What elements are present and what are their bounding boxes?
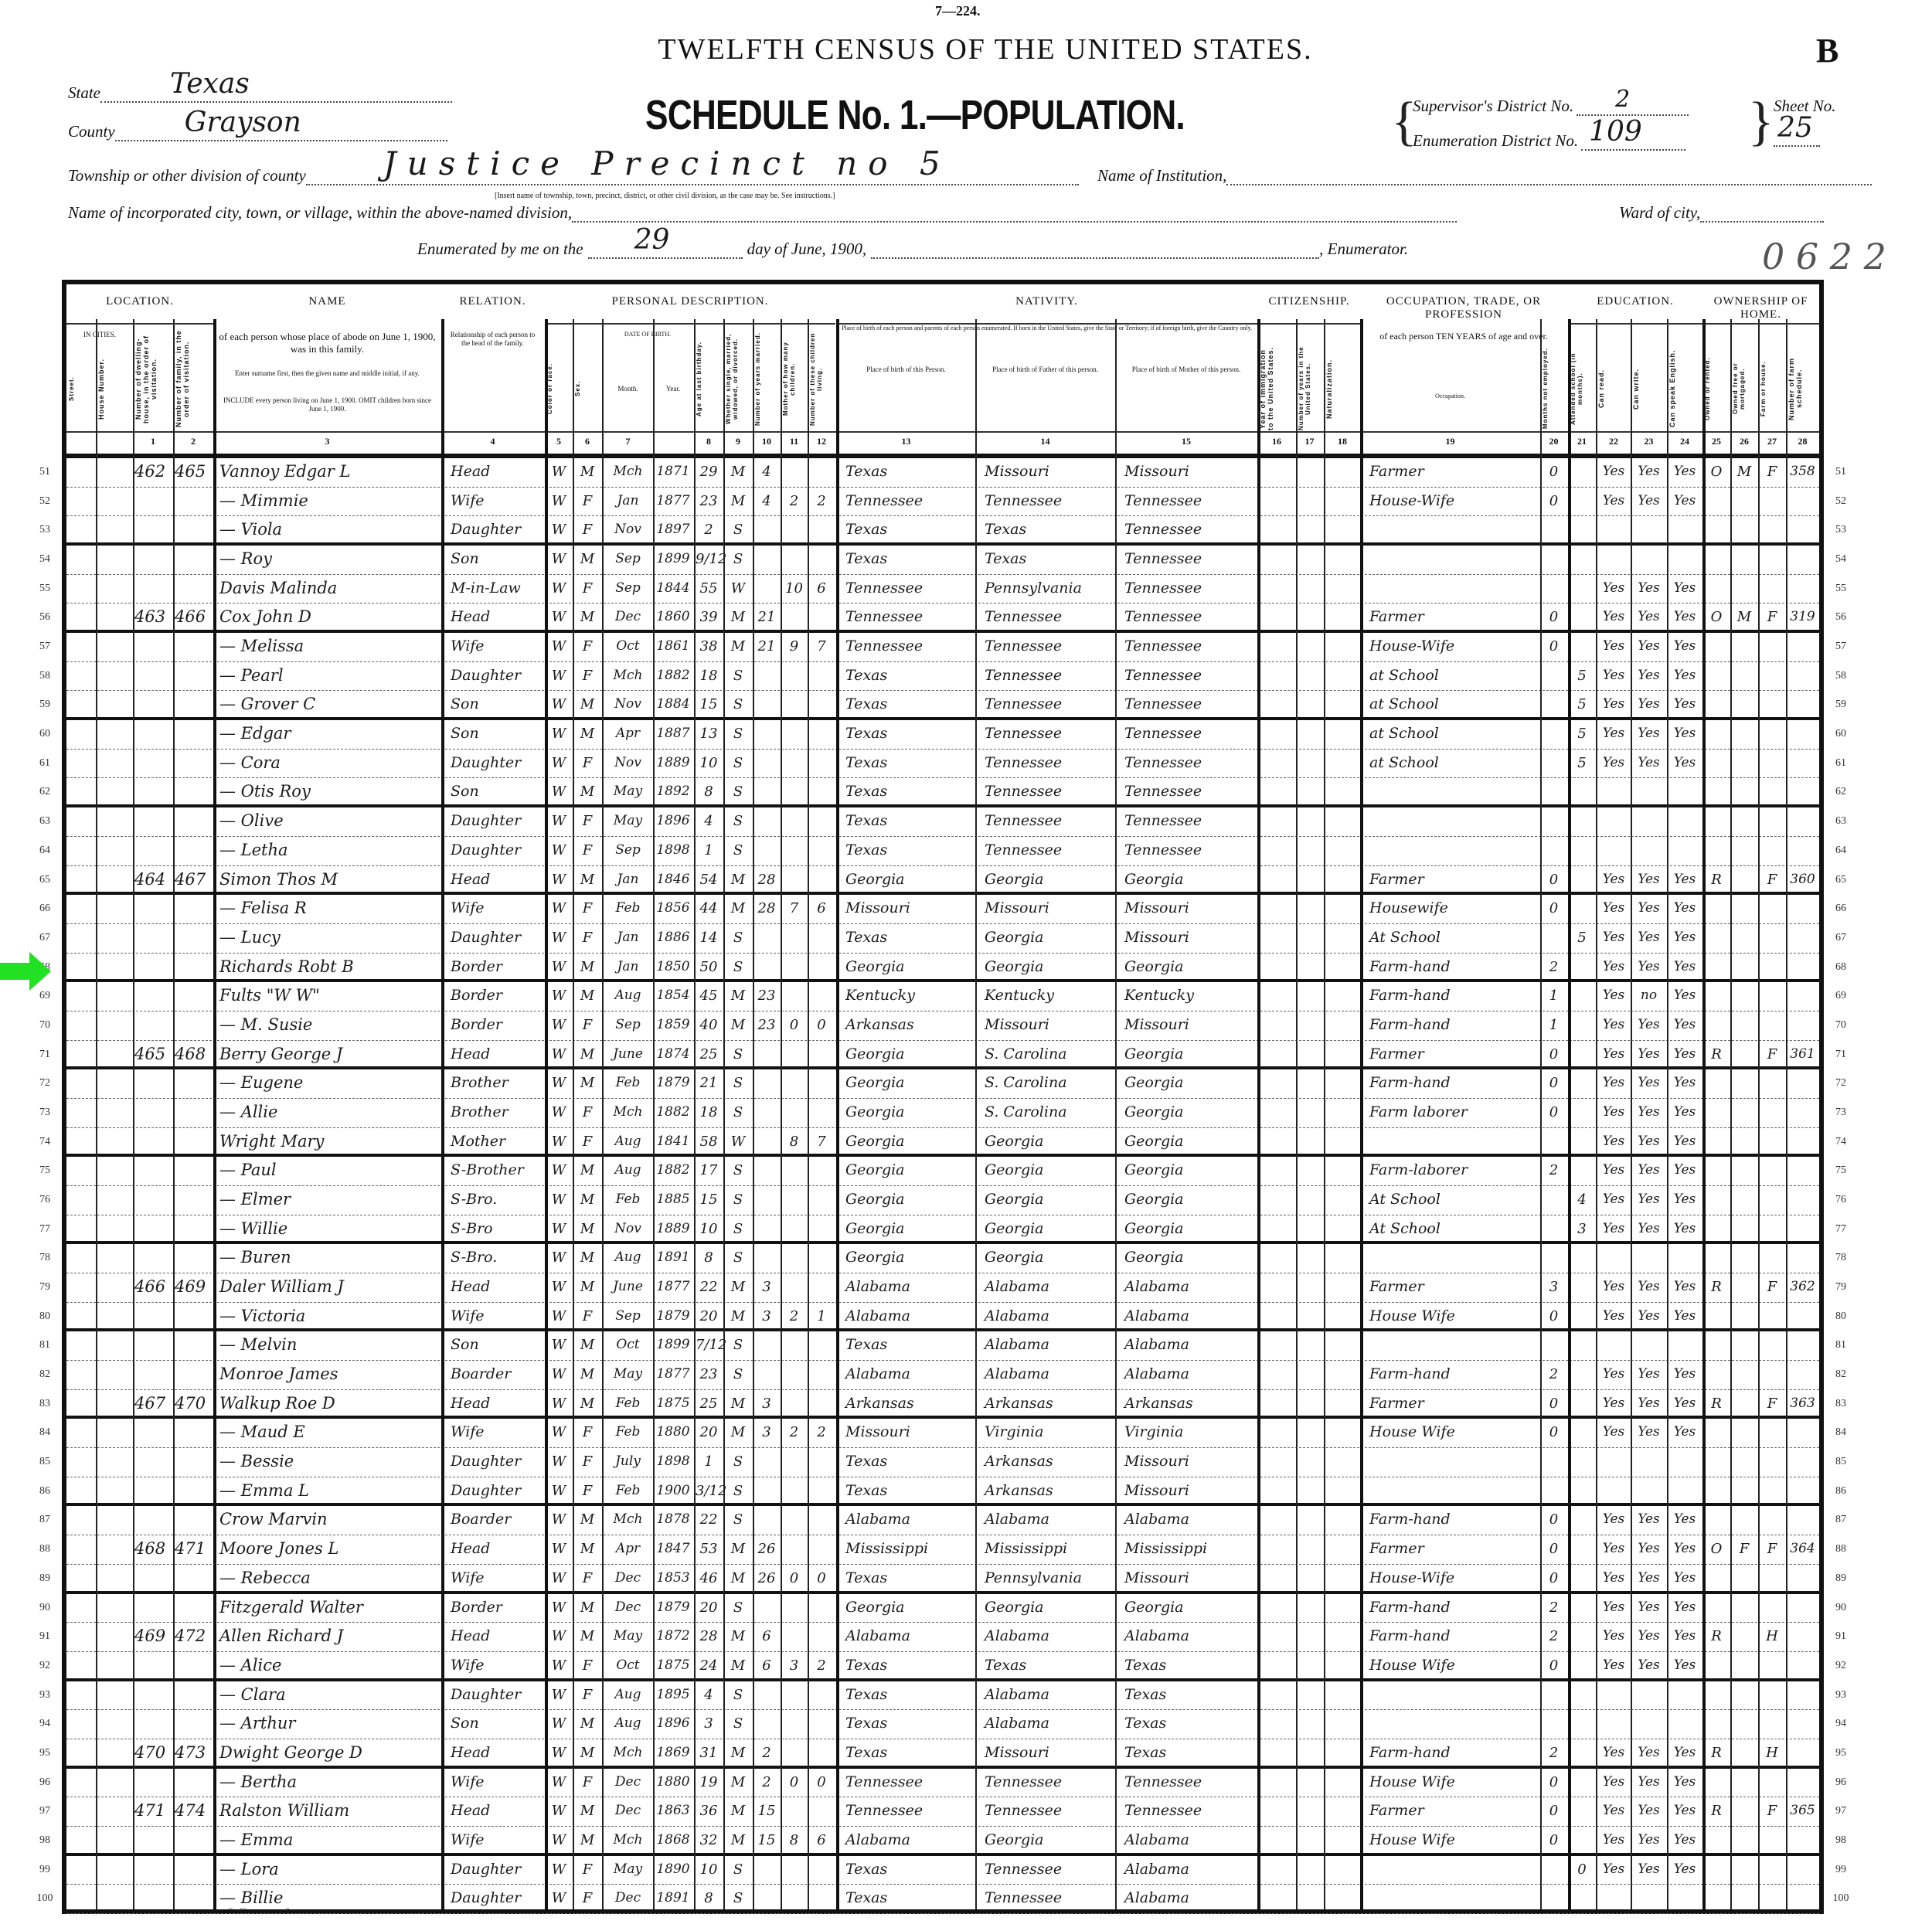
cell-mother-of [782,1157,806,1185]
cell-unemployed: 0 [1542,458,1566,487]
cell-unemployed: 0 [1542,1797,1566,1826]
cell-school: 5 [1570,750,1594,778]
cell-english: Yes [1668,1769,1701,1797]
cell-english: Yes [1668,1565,1701,1591]
cell-own: R [1704,1273,1729,1302]
cell-unemployed: 0 [1542,633,1566,661]
cell-mother-of [782,807,806,836]
ward-label: Ward of city, [1619,203,1700,223]
cell-yrs-married [754,1215,779,1242]
header-group-occupation-group: OCCUPATION, TRADE, OR PROFESSION [1360,284,1567,323]
cell-age: 32 [696,1827,722,1853]
cell-sex: F [574,1419,600,1447]
cell-school [1570,1011,1594,1040]
cell-marital: S [725,1885,751,1913]
cell-farm [1760,837,1784,865]
cell-farm [1760,1885,1784,1913]
cell-yrs-married: 3 [754,1390,779,1416]
cell-family [175,807,212,836]
cell-read: Yes [1597,1041,1630,1067]
cell-father: Tennessee [977,720,1114,749]
cell-color: W [546,662,571,691]
cell-yrs-married: 2 [754,1769,779,1797]
cell-age: 22 [696,1506,722,1535]
cell-sex: F [574,1769,600,1797]
cell-school [1570,1652,1594,1678]
cell-marital: S [725,1331,751,1360]
cell-read: Yes [1597,720,1630,749]
line-number-right: 78 [1825,1252,1856,1264]
cell-relation: Wife [443,1565,543,1591]
cell-living [809,1448,834,1477]
cell-father: Georgia [977,1215,1114,1242]
cell-year: 1887 [655,720,692,749]
cell-year: 1886 [655,924,692,953]
cell-family [175,750,212,778]
line-number-right: 99 [1825,1864,1856,1876]
cell-mother-of: 9 [782,633,806,661]
cell-relation: Brother [443,1099,543,1127]
cell-age: 28 [696,1623,722,1651]
cell-living: 0 [809,1011,834,1040]
cell-father: Kentucky [977,982,1114,1011]
cell-unemployed [1542,1710,1566,1739]
line-number-right: 71 [1825,1049,1856,1061]
cell-living [809,837,834,865]
line-number-right: 53 [1825,524,1856,536]
cell-farm [1760,720,1784,749]
header-immigration-year: Year of immigration to the United States… [1259,346,1294,431]
cell-month: Dec [604,1797,652,1826]
cell-occupation: Farmer [1362,458,1539,487]
cell-school [1570,1797,1594,1826]
cell-dwelling [134,1215,172,1242]
line-number-right: 88 [1825,1543,1856,1555]
line-number-left: 55 [29,583,60,595]
column-divider [781,319,782,1909]
cell-unemployed [1542,778,1566,804]
cell-living [809,1623,834,1651]
cell-unemployed: 0 [1542,1535,1566,1564]
schedule-title: SCHEDULE No. 1.—POPULATION. [645,91,1185,139]
cell-year: 1890 [655,1856,692,1885]
line-number-right: 73 [1825,1107,1856,1119]
header-relation-desc: Relationship of each person to the head … [446,331,539,348]
cell-marital: S [725,807,751,836]
cell-read: Yes [1597,866,1630,892]
cell-school [1570,488,1594,516]
line-number-right: 95 [1825,1747,1856,1759]
cell-living [809,1069,834,1098]
cell-name: Crow Marvin [219,1506,444,1535]
cell-occupation: Housewife [1362,895,1539,923]
cell-mother-of [782,837,806,865]
cell-farm: F [1760,1273,1784,1302]
line-number-right: 91 [1825,1630,1856,1643]
column-divider [1631,319,1632,1909]
cell-father: Tennessee [977,691,1114,717]
line-number-right: 59 [1825,699,1856,711]
cell-dwelling [134,1477,172,1504]
cell-schedule [1787,633,1818,661]
cell-schedule [1787,1710,1818,1739]
cell-year: 1895 [655,1681,692,1710]
table-row: Monroe JamesBoarderWMMay187723SAlabamaAl… [66,1361,1819,1390]
cell-read: Yes [1597,691,1630,717]
cell-farm [1760,1477,1784,1504]
cell-yrs-married: 28 [754,895,779,923]
cell-yrs-married: 26 [754,1565,779,1591]
cell-father: Tennessee [977,488,1114,516]
cell-month: Oct [604,633,652,661]
cell-year: 1860 [655,603,692,630]
column-number: 4 [441,436,544,447]
cell-free [1732,633,1757,661]
cell-unemployed: 0 [1542,1652,1566,1678]
cell-read [1597,1477,1630,1504]
cell-english: Yes [1668,1797,1701,1826]
column-number: 7 [602,436,654,447]
cell-english: Yes [1668,924,1701,953]
cell-english: Yes [1668,866,1701,892]
header-name-desc: of each person whose place of abode on J… [218,331,437,356]
table-row: — Grover CSonWMNov188415STexasTennesseeT… [66,691,1819,720]
state-value: Texas [170,68,250,100]
line-number-right: 100 [1825,1892,1856,1905]
column-divider [1324,319,1325,1909]
cell-family [175,1681,212,1710]
cell-unemployed: 0 [1542,488,1566,516]
cell-month: Sep [604,575,652,603]
cell-birth: Georgia [838,1215,975,1242]
cell-color: W [546,1390,571,1416]
cell-year: 1841 [655,1128,692,1154]
cell-unemployed: 3 [1542,1273,1566,1302]
cell-father: Alabama [977,1303,1114,1329]
header-month: Month. [607,385,649,393]
column-number: 3 [213,436,441,447]
cell-father: Alabama [977,1710,1114,1739]
column-divider [836,319,839,1909]
table-row: — BessieDaughterWFJuly18981STexasArkansa… [66,1448,1819,1477]
cell-english: Yes [1668,633,1701,661]
column-divider [213,319,216,1909]
cell-write: Yes [1632,866,1665,892]
cell-schedule: 362 [1787,1273,1818,1302]
cell-school [1570,895,1594,923]
cell-sex: F [574,1856,600,1885]
header-group-education: EDUCATION. [1568,284,1702,323]
cell-farm [1760,1856,1784,1885]
cell-read [1597,1244,1630,1273]
header-divider [66,323,213,325]
cell-sex: M [574,982,600,1011]
cell-birth: Arkansas [838,1390,975,1416]
cell-own [1704,1331,1729,1360]
cell-read [1597,516,1630,542]
cell-school [1570,575,1594,603]
cell-english [1668,837,1701,865]
line-number-left: 67 [29,932,60,944]
cell-family [175,516,212,542]
column-number: 6 [573,436,602,447]
table-row: — WillieS-BroWMNov188910SGeorgiaGeorgiaG… [66,1215,1819,1245]
cell-marital: S [725,1477,751,1504]
cell-read: Yes [1597,1186,1630,1215]
cell-occupation: House Wife [1362,1303,1539,1329]
cell-dwelling [134,1448,172,1477]
cell-yrs-married: 4 [754,488,779,516]
cell-color: W [546,1710,571,1739]
cell-yrs-married [754,1448,779,1477]
cell-name: Daler William J [219,1273,444,1302]
cell-year: 1874 [655,1041,692,1067]
cell-birth: Alabama [838,1361,975,1389]
cell-relation: Border [443,1594,543,1623]
cell-color: W [546,1739,571,1766]
cell-year: 1879 [655,1303,692,1329]
table-row: — LethaDaughterWFSep18981STexasTennessee… [66,837,1819,866]
township-instruction: [Insert name of township, town, precinct… [495,192,835,200]
cell-sex: F [574,924,600,953]
cell-living: 7 [809,1128,834,1154]
cell-name: Moore Jones L [219,1535,444,1564]
cell-sex: M [574,1069,600,1098]
cell-write [1632,1477,1665,1504]
column-divider [694,319,696,1909]
cell-name: Fitzgerald Walter [219,1594,444,1623]
cell-family [175,720,212,749]
cell-english: Yes [1668,1303,1701,1329]
column-number: 18 [1324,436,1361,447]
cell-read: Yes [1597,1797,1630,1826]
cell-schedule: 360 [1787,866,1818,892]
cell-write: Yes [1632,1594,1665,1623]
cell-occupation [1362,1681,1539,1710]
line-number-left: 52 [29,495,60,508]
cell-color: W [546,488,571,516]
cell-name: — Roy [219,546,444,574]
cell-unemployed: 0 [1542,895,1566,923]
cell-living [809,1710,834,1739]
header-attended-school: Attended school (in months). [1570,346,1594,431]
cell-family [175,575,212,603]
cell-sex: M [574,546,600,574]
header-months-unemployed: Months not employed. [1542,346,1566,431]
cell-free [1732,1594,1757,1623]
cell-living: 0 [809,1565,834,1591]
cell-sex: M [574,954,600,980]
header-group-nativity: NATIVITY. [836,284,1257,323]
cell-birth: Texas [838,1710,975,1739]
table-row: — ElmerS-Bro.WMFeb188515SGeorgiaGeorgiaG… [66,1186,1819,1215]
column-divider [1596,319,1597,1909]
column-divider [975,319,977,1909]
cell-schedule [1787,1623,1818,1651]
table-row: — EmmaWifeWMMch186832M1586AlabamaGeorgia… [66,1827,1819,1856]
cell-english [1668,546,1701,574]
cell-farm [1760,1710,1784,1739]
county-value: Grayson [185,107,301,138]
township-value: Justice Precinct no 5 [383,144,951,182]
cell-dwelling: 465 [134,1041,172,1067]
cell-color: W [546,1797,571,1826]
cell-marital: S [725,1856,751,1885]
cell-own [1704,924,1729,953]
cell-father: Pennsylvania [977,1565,1114,1591]
cell-mother: Georgia [1117,1186,1256,1215]
cell-occupation: House-Wife [1362,633,1539,661]
cell-mother-of [782,516,806,542]
cell-birth: Georgia [838,1069,975,1098]
line-number-left: 66 [29,903,60,915]
cell-color: W [546,603,571,630]
column-number: 27 [1758,436,1786,447]
cell-mother: Alabama [1117,1885,1256,1913]
cell-own [1704,1244,1729,1273]
cell-sex: M [574,1535,600,1564]
cell-own: R [1704,1739,1729,1766]
cell-color: W [546,837,571,865]
cell-month: Mch [604,458,652,487]
cell-year: 1900 [655,1477,692,1504]
cell-year: 1897 [655,516,692,542]
cell-year: 1889 [655,750,692,778]
cell-relation: S-Bro. [443,1186,543,1215]
cell-father: Missouri [977,1011,1114,1040]
cell-school [1570,1157,1594,1185]
table-row: — MimmieWifeWFJan187723M422TennesseeTenn… [66,488,1819,517]
line-number-right: 55 [1825,583,1856,595]
cell-read: Yes [1597,895,1630,923]
cell-birth: Georgia [838,1186,975,1215]
cell-read [1597,1331,1630,1360]
cell-yrs-married: 6 [754,1623,779,1651]
cell-free [1732,546,1757,574]
cell-own [1704,1710,1729,1739]
cell-living: 2 [809,1419,834,1447]
cell-school: 5 [1570,662,1594,691]
cell-living [809,1856,834,1885]
sheet-value: 25 [1777,112,1813,144]
cell-occupation [1362,1477,1539,1504]
cell-father: Arkansas [977,1448,1114,1477]
table-row: — ViolaDaughterWFNov18972STexasTexasTenn… [66,516,1819,546]
cell-sex: F [574,1303,600,1329]
cell-school [1570,516,1594,542]
column-number: 12 [808,436,835,447]
cell-english: Yes [1668,1594,1701,1623]
cell-farm [1760,1099,1784,1127]
cell-sex: M [574,1739,600,1766]
cell-living: 1 [809,1303,834,1329]
enumerated-prefix: Enumerated by me on the [417,240,583,259]
line-number-right: 79 [1825,1281,1856,1294]
cell-dwelling: 468 [134,1535,172,1564]
cell-dwelling [134,1652,172,1678]
cell-year: 1850 [655,954,692,980]
column-number: 9 [723,436,753,447]
cell-living [809,982,834,1011]
cell-father: Georgia [977,866,1114,892]
cell-own [1704,575,1729,603]
cell-relation: Head [443,458,543,487]
cell-age: 14 [696,924,722,953]
cell-relation: Son [443,1710,543,1739]
cell-unemployed [1542,924,1566,953]
cell-marital: S [725,1041,751,1067]
cell-school [1570,458,1594,487]
cell-father: Missouri [977,895,1114,923]
cell-occupation: Farm-hand [1362,1594,1539,1623]
header-occupation: Occupation. [1365,393,1536,400]
cell-free [1732,750,1757,778]
cell-write: Yes [1632,1157,1665,1185]
cell-birth: Arkansas [838,1011,975,1040]
cell-name: — Willie [219,1215,444,1242]
cell-occupation: House-Wife [1362,1565,1539,1591]
column-divider [653,319,655,1909]
cell-living [809,1244,834,1273]
line-number-left: 73 [29,1107,60,1119]
cell-free [1732,1069,1757,1098]
header-birth-father: Place of birth of Father of this person. [980,365,1111,374]
cell-school [1570,1565,1594,1591]
cell-farm [1760,778,1784,804]
cell-family [175,1769,212,1797]
header-can-speak-english: Can speak English. [1668,346,1701,431]
cell-mother-of [782,1856,806,1885]
cell-school [1570,1448,1594,1477]
cell-name: Dwight George D [219,1739,444,1766]
cell-mother-of [782,1361,806,1389]
cell-relation: M-in-Law [443,575,543,603]
cell-relation: Daughter [443,1448,543,1477]
cell-mother: Georgia [1117,1594,1256,1623]
cell-marital: W [725,1128,751,1154]
cell-living [809,1535,834,1564]
cell-color: W [546,1011,571,1040]
cell-yrs-married [754,1157,779,1185]
cell-farm [1760,1011,1784,1040]
cell-mother: Georgia [1117,1215,1256,1242]
column-divider [1568,319,1571,1909]
cell-age: 24 [696,1652,722,1678]
cell-unemployed: 0 [1542,1099,1566,1127]
cell-farm [1760,1128,1784,1154]
cell-family [175,1099,212,1127]
cell-name: — Felisa R [219,895,444,923]
cell-own [1704,488,1729,516]
cell-free [1732,1419,1757,1447]
cell-color: W [546,1769,571,1797]
cell-own [1704,1506,1729,1535]
cell-marital: S [725,1361,751,1389]
cell-month: Nov [604,1215,652,1242]
cell-school: 0 [1570,1856,1594,1885]
cell-unemployed: 0 [1542,866,1566,892]
cell-english [1668,1681,1701,1710]
line-number-left: 53 [29,524,60,536]
cell-occupation [1362,1244,1539,1273]
cell-color: W [546,807,571,836]
cell-write [1632,807,1665,836]
cell-color: W [546,895,571,923]
cell-mother-of [782,1506,806,1535]
cell-name: — Emma L [219,1477,444,1504]
line-number-left: 63 [29,815,60,828]
cell-own [1704,1448,1729,1477]
